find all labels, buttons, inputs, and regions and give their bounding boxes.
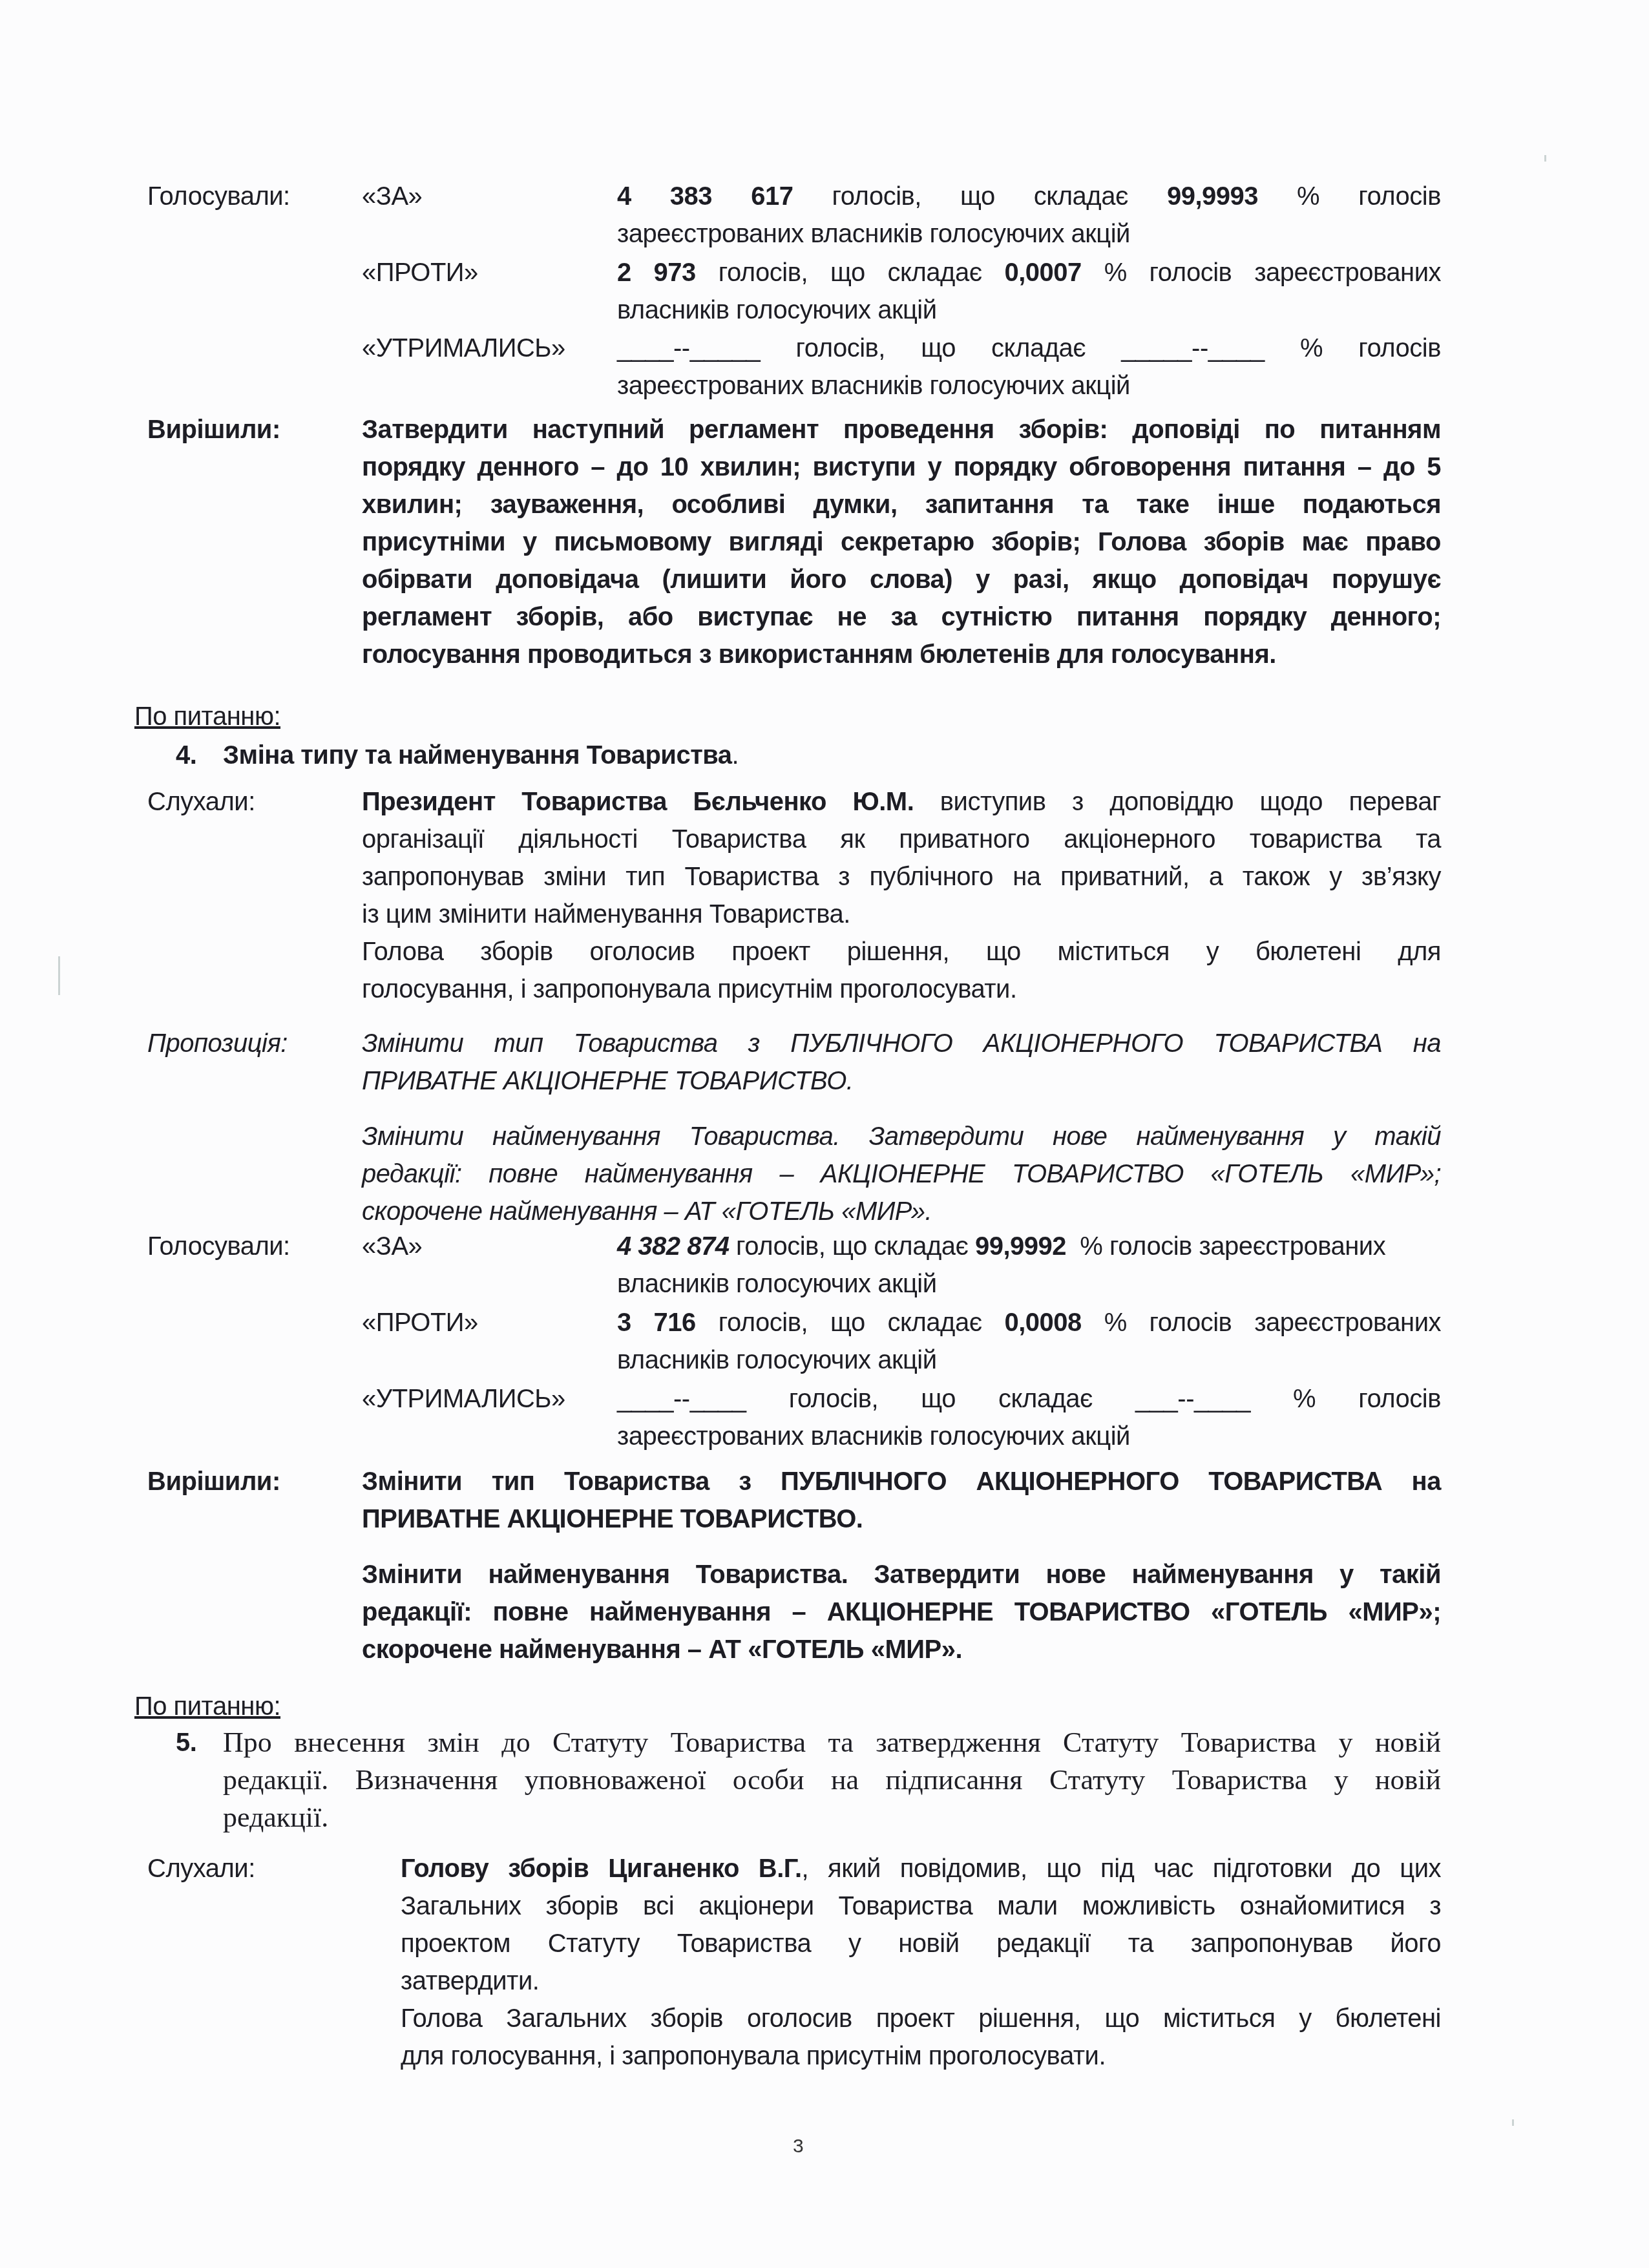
- vote-abstain-line2: зареєстрованих власників голосуючих акці…: [617, 1418, 1441, 1455]
- decision-line: порядку денного – до 10 хвилин; виступи …: [362, 448, 1441, 486]
- vote-against-line2: власників голосуючих акцій: [617, 291, 1441, 329]
- decision-line: Змінити тип Товариства з ПУБЛІЧНОГО АКЦІ…: [362, 1463, 1441, 1500]
- heard-text: Президент Товариства Бєльченко Ю.М. вист…: [362, 783, 1441, 1008]
- heard-line: Голова Загальних зборів оголосив проект …: [401, 2000, 1441, 2037]
- vote-for-line2: зареєстрованих власників голосуючих акці…: [617, 215, 1441, 253]
- heard-line: із цим змінити найменування Товариства.: [362, 896, 1441, 933]
- heard-line: голосування, і запропонувала присутнім п…: [362, 971, 1441, 1008]
- heard-line: затвердити.: [401, 1962, 1441, 2000]
- vote-against-line: 3 716 голосів, що складає 0,0008 % голос…: [617, 1304, 1441, 1341]
- decision-line: Затвердити наступний регламент проведенн…: [362, 411, 1441, 448]
- vote-text: голосів, що складає: [696, 258, 1005, 287]
- vote-against-label: «ПРОТИ»: [362, 254, 478, 291]
- scan-artifact: [1512, 2119, 1514, 2126]
- heard-line: запропонував зміни тип Товариства з публ…: [362, 858, 1441, 896]
- decision-line: присутніми у письмовому вигляді секретар…: [362, 523, 1441, 561]
- vote-for-line: 4 383 617 голосів, що складає 99,9993 % …: [617, 178, 1441, 215]
- heard-text-rest: , який повідомив, що під час підготовки …: [802, 1854, 1441, 1883]
- proposal-line: Змінити тип Товариства з ПУБЛІЧНОГО АКЦІ…: [362, 1025, 1441, 1062]
- item-number: 5.: [176, 1724, 196, 1761]
- item-title-text: Зміна типу та найменування Товариства: [223, 741, 732, 770]
- heard-label: Слухали:: [147, 783, 255, 821]
- vote-text: % голосів: [1258, 182, 1441, 211]
- vote-for-line: 4 382 874 голосів, що складає 99,9992 % …: [617, 1228, 1441, 1265]
- decision-line: обірвати доповідача (лишити його слова) …: [362, 561, 1441, 598]
- item-title-line: редакції.: [223, 1799, 1441, 1836]
- speaker-name: Голову зборів Циганенко В.Г.: [401, 1854, 802, 1883]
- proposal-label: Пропозиція:: [147, 1025, 288, 1062]
- heard-text-rest: виступив з доповіддю щодо переваг: [914, 788, 1441, 816]
- vote-against-percent: 0,0008: [1004, 1308, 1081, 1337]
- item-title-line: Про внесення змін до Статуту Товариства …: [223, 1724, 1441, 1761]
- proposal-text: Змінити тип Товариства з ПУБЛІЧНОГО АКЦІ…: [362, 1025, 1441, 1230]
- vote-for-count: 4 383 617: [617, 182, 793, 211]
- decision-line: скорочене найменування – АТ «ГОТЕЛЬ «МИР…: [362, 1631, 1441, 1668]
- vote-for-percent: 99,9993: [1167, 182, 1258, 211]
- vote-for-line2: власників голосуючих акцій: [617, 1265, 1441, 1303]
- heard-line: Голову зборів Циганенко В.Г., який повід…: [401, 1850, 1441, 1887]
- heard-text: Голову зборів Циганенко В.Г., який повід…: [401, 1850, 1441, 2075]
- vote-against-label: «ПРОТИ»: [362, 1304, 478, 1341]
- vote-text: % голосів зареєстрованих: [1082, 258, 1441, 287]
- decided-label: Вирішили:: [147, 411, 280, 448]
- heard-label: Слухали:: [147, 1850, 255, 1887]
- proposal-line: ПРИВАТНЕ АКЦІОНЕРНЕ ТОВАРИСТВО.: [362, 1062, 1441, 1100]
- proposal-line: Змінити найменування Товариства. Затверд…: [362, 1118, 1441, 1155]
- vote-against-line: 2 973 голосів, що складає 0,0007 % голос…: [617, 254, 1441, 291]
- vote-text: голосів, що складає: [729, 1232, 975, 1261]
- scan-artifact: [58, 956, 60, 995]
- decision-line: голосування проводиться з використанням …: [362, 636, 1441, 673]
- vote-against-percent: 0,0007: [1004, 258, 1081, 287]
- decision-line: хвилин; зауваження, особливі думки, запи…: [362, 486, 1441, 523]
- vote-for-label: «ЗА»: [362, 178, 422, 215]
- proposal-line: скорочене найменування – АТ «ГОТЕЛЬ «МИР…: [362, 1193, 1441, 1230]
- decided-label: Вирішили:: [147, 1463, 280, 1500]
- decision-line: регламент зборів, або виступає не за сут…: [362, 598, 1441, 636]
- decision-text: Змінити тип Товариства з ПУБЛІЧНОГО АКЦІ…: [362, 1463, 1441, 1668]
- heard-line: організації діяльності Товариства як при…: [362, 821, 1441, 858]
- vote-abstain-label: «УТРИМАЛИСЬ»: [362, 1380, 565, 1418]
- vote-for-percent: 99,9992: [975, 1232, 1066, 1261]
- on-issue-label: По питанню:: [134, 1688, 280, 1725]
- item-title: Про внесення змін до Статуту Товариства …: [223, 1724, 1441, 1836]
- scan-artifact: [1544, 155, 1546, 162]
- vote-against-count: 3 716: [617, 1308, 696, 1337]
- heard-line: Голова зборів оголосив проект рішення, щ…: [362, 933, 1441, 971]
- vote-for-label: «ЗА»: [362, 1228, 422, 1265]
- vote-against-line2: власників голосуючих акцій: [617, 1341, 1441, 1379]
- decision-text: Затвердити наступний регламент проведенн…: [362, 411, 1441, 673]
- voted-label: Голосували:: [147, 1228, 290, 1265]
- vote-text: голосів, що складає: [793, 182, 1166, 211]
- voted-label: Голосували:: [147, 178, 290, 215]
- heard-line: Загальних зборів всі акціонери Товариств…: [401, 1887, 1441, 1925]
- item-number: 4.: [176, 737, 196, 774]
- decision-line: ПРИВАТНЕ АКЦІОНЕРНЕ ТОВАРИСТВО.: [362, 1500, 1441, 1538]
- on-issue-label: По питанню:: [134, 698, 280, 735]
- item-title-end: .: [732, 741, 739, 770]
- page-number: 3: [793, 2136, 804, 2158]
- vote-for-count: 4 382 874: [617, 1232, 729, 1261]
- heard-line: для голосування, і запропонувала присутн…: [401, 2037, 1441, 2075]
- vote-text: % голосів зареєстрованих: [1066, 1232, 1385, 1261]
- vote-abstain-line: ____--____ голосів, що складає ___--____…: [617, 1380, 1441, 1418]
- vote-abstain-label: «УТРИМАЛИСЬ»: [362, 330, 565, 367]
- speaker-name: Президент Товариства Бєльченко Ю.М.: [362, 788, 914, 816]
- vote-abstain-line: ____--_____ голосів, що складає _____--_…: [617, 330, 1441, 367]
- decision-line: редакції: повне найменування – АКЦІОНЕРН…: [362, 1593, 1441, 1631]
- vote-abstain-line2: зареєстрованих власників голосуючих акці…: [617, 367, 1441, 404]
- heard-line: Президент Товариства Бєльченко Ю.М. вист…: [362, 783, 1441, 821]
- item-title: Зміна типу та найменування Товариства.: [223, 737, 739, 774]
- vote-text: % голосів зареєстрованих: [1082, 1308, 1441, 1337]
- document-page: Голосували: «ЗА» 4 383 617 голосів, що с…: [0, 0, 1649, 2268]
- item-title-line: редакції. Визначення уповноваженої особи…: [223, 1761, 1441, 1799]
- proposal-line: редакції: повне найменування – АКЦІОНЕРН…: [362, 1155, 1441, 1193]
- decision-line: Змінити найменування Товариства. Затверд…: [362, 1556, 1441, 1593]
- vote-against-count: 2 973: [617, 258, 696, 287]
- vote-text: голосів, що складає: [696, 1308, 1005, 1337]
- heard-line: проектом Статуту Товариства у новій реда…: [401, 1925, 1441, 1962]
